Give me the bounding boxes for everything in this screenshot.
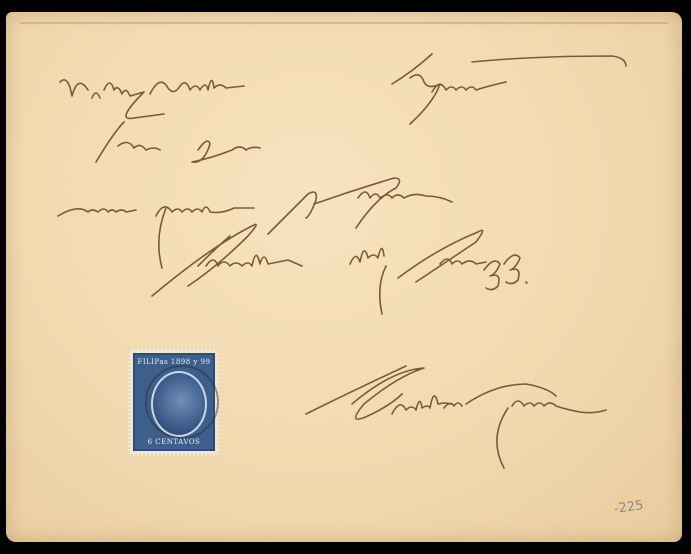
- postmark-cancel: [145, 365, 219, 439]
- stamp-denomination: 6 CENTAVOS: [135, 438, 213, 446]
- postage-stamp: FILIPas 1898 y 99 6 CENTAVOS: [128, 348, 220, 456]
- stamp-design: FILIPas 1898 y 99 6 CENTAVOS: [133, 353, 215, 451]
